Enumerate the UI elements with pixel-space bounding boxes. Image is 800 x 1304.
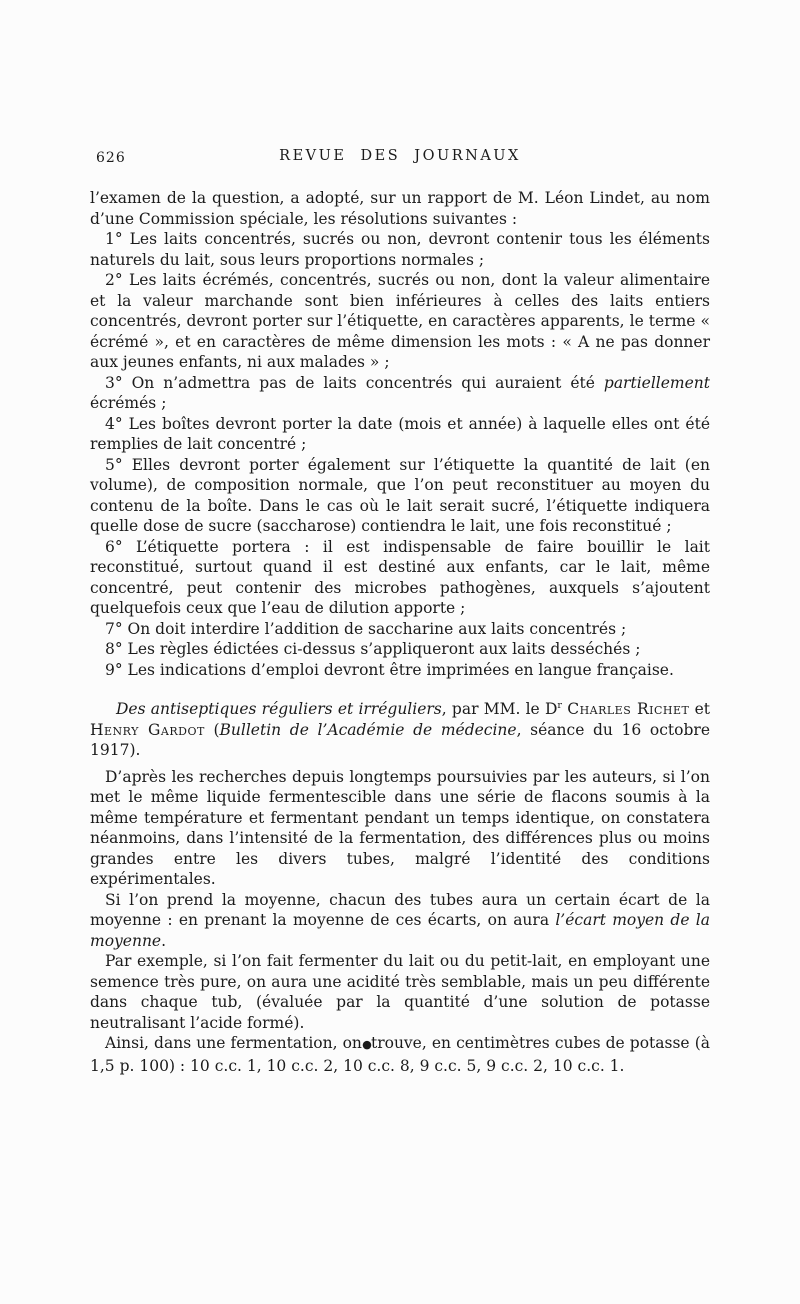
resolution-7: 7° On doit interdire l’addition de sacch…: [90, 619, 710, 640]
text: 4° Les boîtes devront porter la date (mo…: [90, 415, 710, 454]
text: (: [205, 721, 220, 739]
text-italic: Des antiseptiques réguliers et irrégulie…: [116, 700, 442, 718]
text: 6° L’étiquette portera : il est indispen…: [90, 538, 710, 618]
resolution-1: 1° Les laits concentrés, sucrés ou non, …: [90, 229, 710, 270]
article-heading: Des antiseptiques réguliers et irrégulie…: [90, 699, 710, 761]
text: 9° Les indications d’emploi devront être…: [105, 661, 674, 679]
resolution-8: 8° Les règles édictées ci-dessus s’appli…: [90, 639, 710, 660]
text-italic: partiellement: [604, 374, 710, 392]
text: 1° Les laits concentrés, sucrés ou non, …: [90, 230, 710, 269]
text-blot: ●: [362, 1038, 371, 1051]
text: 2° Les laits écrémés, concentrés, sucrés…: [90, 271, 710, 371]
text: 5° Elles devront porter également sur l’…: [90, 456, 710, 536]
text: D’après les recherches depuis longtemps …: [90, 768, 710, 889]
resolution-5: 5° Elles devront porter également sur l’…: [90, 455, 710, 537]
text: 8° Les règles édictées ci-dessus s’appli…: [105, 640, 640, 658]
resolution-4: 4° Les boîtes devront porter la date (mo…: [90, 414, 710, 455]
text-smallcaps: Charles Richet: [567, 700, 689, 718]
resolution-2: 2° Les laits écrémés, concentrés, sucrés…: [90, 270, 710, 373]
text: , par MM. le D: [442, 700, 558, 718]
page-header: 626 REVUE DES JOURNAUX: [90, 148, 710, 170]
text-italic: Bulletin de l’Académie de médecine: [220, 721, 517, 739]
text: l’examen de la question, a adopté, sur u…: [90, 189, 710, 228]
article-paragraph-2: Si l’on prend la moyenne, chacun des tub…: [90, 890, 710, 952]
text: et: [689, 700, 710, 718]
text: Par exemple, si l’on fait fermenter du l…: [90, 952, 710, 1032]
text: écrémés ;: [90, 394, 166, 412]
text: Ainsi, dans une fermentation, on: [105, 1034, 362, 1052]
page-body: l’examen de la question, a adopté, sur u…: [90, 188, 710, 1076]
resolution-3: 3° On n’admettra pas de laits concentrés…: [90, 373, 710, 414]
article-paragraph-3: Par exemple, si l’on fait fermenter du l…: [90, 951, 710, 1033]
text: 3° On n’admettra pas de laits concentrés…: [105, 374, 604, 392]
scanned-journal-page: 626 REVUE DES JOURNAUX l’examen de la qu…: [0, 0, 800, 1304]
article-paragraph-1: D’après les recherches depuis longtemps …: [90, 767, 710, 890]
running-title: REVUE DES JOURNAUX: [90, 148, 710, 164]
paragraph-intro: l’examen de la question, a adopté, sur u…: [90, 188, 710, 229]
page-number: 626: [96, 150, 126, 166]
text: .: [161, 932, 166, 950]
resolution-6: 6° L’étiquette portera : il est indispen…: [90, 537, 710, 619]
text-smallcaps: Henry Gardot: [90, 721, 205, 739]
text: 7° On doit interdire l’addition de sacch…: [105, 620, 626, 638]
article-paragraph-4: Ainsi, dans une fermentation, on●trouve,…: [90, 1033, 710, 1076]
resolution-9: 9° Les indications d’emploi devront être…: [90, 660, 710, 681]
